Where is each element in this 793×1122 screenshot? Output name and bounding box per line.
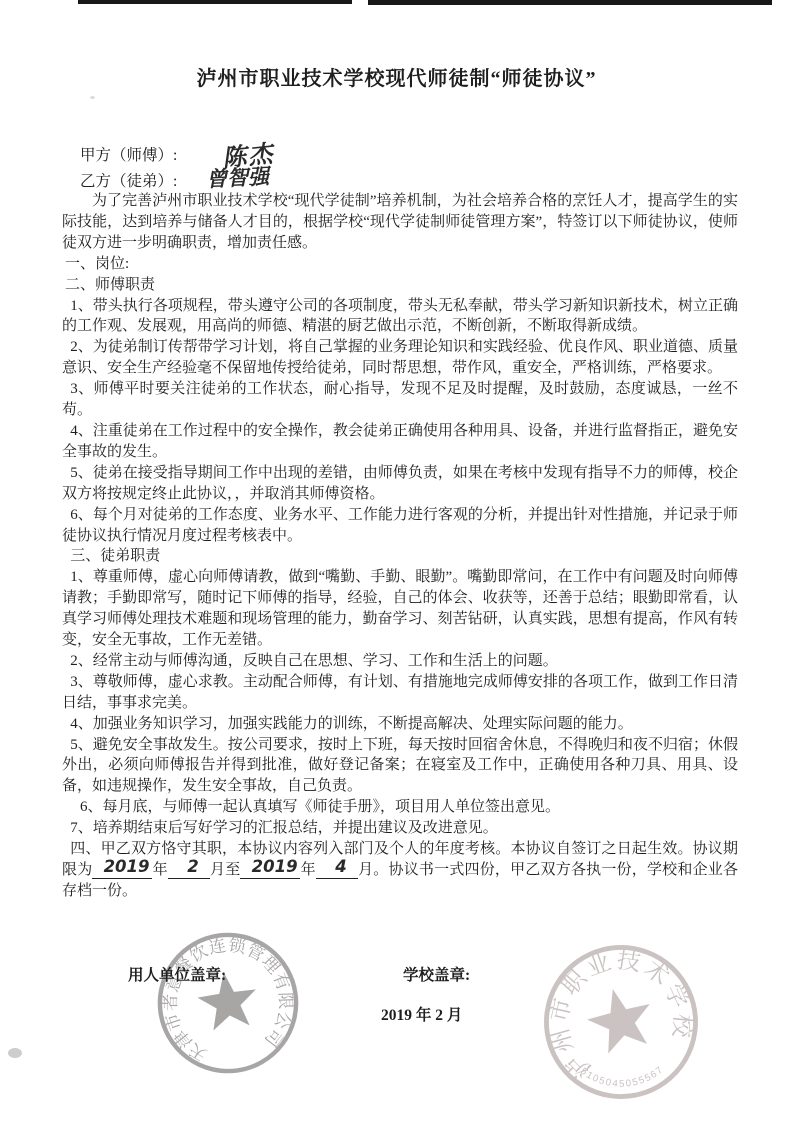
page-title: 泸州市职业技术学校现代师徒制“师徒协议” xyxy=(0,62,793,91)
start-month-blank: 2 xyxy=(168,861,210,879)
svg-text:泸州市职业技术学校: 泸州市职业技术学校 xyxy=(530,931,706,1089)
section-2-heading: 二、师傅职责 xyxy=(62,275,738,296)
employer-stamp-graphic: 天津市者意餐饮连锁管理有限公司 xyxy=(136,918,319,1087)
apprentice-duty-2: 2、经常主动与师傅沟通，反映自己在思想、学习、工作和生活上的问题。 xyxy=(62,651,738,672)
scan-artifact-smudge xyxy=(8,1048,22,1058)
intro-paragraph: 为了完善泸州市职业技术学校“现代学徒制”培养机制，为社会培养合格的烹饪人才，提高… xyxy=(62,191,738,254)
scan-artifact-top-bar-right xyxy=(368,0,772,5)
section-3-heading: 三、徒弟职责 xyxy=(62,546,738,567)
master-duty-4: 4、注重徒弟在工作过程中的安全操作，教会徒弟正确使用各种用具、设备，并进行监督指… xyxy=(62,421,738,463)
year-unit-1: 年 xyxy=(152,862,167,878)
school-stamp-ring-text: 泸州市职业技术学校 xyxy=(530,931,706,1089)
end-year-handwritten: 2019 xyxy=(252,857,298,876)
party-b-line: 乙方（徒弟）: xyxy=(80,169,177,191)
master-duty-2: 2、为徒弟制订传帮带学习计划，将自己掌握的业务理论知识和实践经验、优良作风、职业… xyxy=(62,337,738,379)
employer-stamp-ring-text: 天津市者意餐饮连锁管理有限公司 xyxy=(152,927,303,1069)
school-stamp-graphic: 泸州市职业技术学校 5105045055567 xyxy=(522,919,721,1122)
master-duty-6: 6、每个月对徒弟的工作态度、业务水平、工作能力进行客观的分析，并提出针对性措施，… xyxy=(62,505,738,547)
party-b-signature: 曾智强 xyxy=(205,160,269,193)
apprentice-duty-5: 5、避免安全事故发生。按公司要求，按时上下班，每天按时回宿舍休息，不得晚归和夜不… xyxy=(62,735,738,798)
master-duty-3: 3、师傅平时要关注徒弟的工作状态，耐心指导，发现不足及时提醒，及时鼓励，态度诚恳… xyxy=(62,379,738,421)
contract-body: 为了完善泸州市职业技术学校“现代学徒制”培养机制，为社会培养合格的烹饪人才，提高… xyxy=(62,191,738,902)
school-stamp: 泸州市职业技术学校 5105045055567 xyxy=(522,919,721,1122)
svg-text:天津市者意餐饮连锁管理有限公司: 天津市者意餐饮连锁管理有限公司 xyxy=(152,927,303,1069)
signing-date: 2019 年 2 月 xyxy=(381,1003,462,1025)
clause-four: 四、甲乙双方恪守其职，本协议内容列入部门及个人的年度考核。本协议自签订之日起生效… xyxy=(62,839,738,902)
start-year-blank: 2019 xyxy=(92,861,152,879)
end-month-blank: 4 xyxy=(316,861,358,879)
stamp-ring xyxy=(151,926,305,1080)
employer-seal-label: 用人单位盖章: xyxy=(128,963,226,985)
end-year-blank: 2019 xyxy=(240,861,300,879)
master-duty-1: 1、带头执行各项规程，带头遵守公司的各项制度，带头无私奉献，带头学习新知识新技术… xyxy=(62,296,738,338)
apprentice-duty-4: 4、加强业务知识学习，加强实践能力的训练，不断提高解决、处理实际问题的能力。 xyxy=(62,714,738,735)
svg-text:5105045055567: 5105045055567 xyxy=(577,1047,669,1101)
employer-stamp: 天津市者意餐饮连锁管理有限公司 xyxy=(136,918,319,1087)
apprentice-duty-1: 1、尊重师傅，虚心向师傅请教，做到“嘴勤、手勤、眼勤”。嘴勤即常问，在工作中有问… xyxy=(62,567,738,651)
party-a-line: 甲方（师傅）: xyxy=(80,143,177,165)
apprentice-duty-3: 3、尊敬师傅，虚心求教。主动配合师傅，有计划、有措施地完成师傅安排的各项工作，做… xyxy=(62,672,738,714)
stamp-ring xyxy=(531,932,712,1113)
school-seal-label: 学校盖章: xyxy=(403,963,470,985)
party-b-label: 乙方（徒弟）: xyxy=(80,173,177,190)
scanned-document-page: 泸州市职业技术学校现代师徒制“师徒协议” 甲方（师傅）: 陈杰 乙方（徒弟）: … xyxy=(0,0,793,1122)
apprentice-duty-6: 6、每月底，与师傅一起认真填写《师徒手册》，项目用人单位签出意见。 xyxy=(62,797,738,818)
scan-artifact-top-bar-left xyxy=(78,0,352,4)
school-stamp-serial: 5105045055567 xyxy=(577,1047,669,1101)
year-unit-2: 年 xyxy=(300,862,315,878)
start-month-handwritten: 2 xyxy=(187,857,198,876)
scan-artifact-speck xyxy=(90,96,95,99)
star-icon xyxy=(581,981,659,1056)
party-a-label: 甲方（师傅）: xyxy=(80,147,177,164)
start-year-handwritten: 2019 xyxy=(104,857,150,876)
section-1-heading: 一、岗位: xyxy=(62,254,738,275)
master-duty-5: 5、徒弟在接受指导期间工作中出现的差错，由师傅负责，如果在考核中发现有指导不力的… xyxy=(62,463,738,505)
apprentice-duty-7: 7、培养期结束后写好学习的汇报总结，并提出建议及改进意见。 xyxy=(62,818,738,839)
clause-four-mid: 月至 xyxy=(210,862,241,878)
end-month-handwritten: 4 xyxy=(335,857,346,876)
